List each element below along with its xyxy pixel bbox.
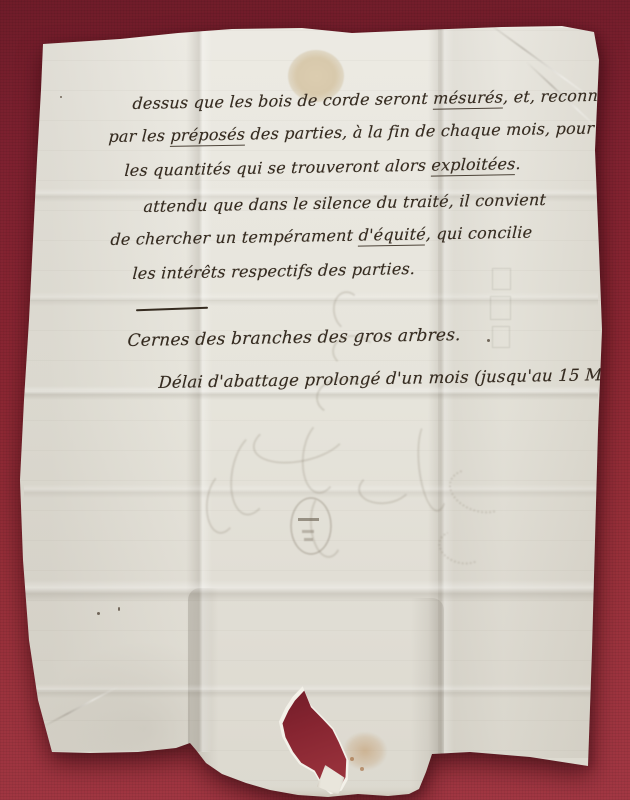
handwriting-line: les quantités qui se trouveront alors ex… [124,154,521,180]
corner-wrinkle [41,685,120,728]
line-text: attendu que dans le silence du traité, i… [143,190,547,216]
bottom-curl-shadow-right [398,598,444,790]
rust-speck [350,757,354,761]
bleedthrough-stamp-oval [290,497,332,555]
rust-speck [360,767,364,771]
letter-paper: dessus que les bois de corde seront mésu… [0,0,630,800]
line-text: de chercher un tempérament [110,226,359,249]
line-text: Délai d'abattage prolongé d'un mois (jus… [158,365,625,392]
left-panel-shading [20,40,192,752]
line-text: des parties, à la fin de chaque mois, po… [245,118,595,143]
horizontal-fold-crease [24,684,598,698]
bleedthrough-stroke [443,461,516,522]
handwriting-line: les intérêts respectifs des parties. [132,259,416,283]
bleedthrough-stroke [224,429,282,519]
line-text: . [515,154,521,173]
underlined-word: préposés [170,125,246,147]
paper-speck [118,607,120,611]
line-text: dessus que les bois de corde seront [132,89,434,113]
bleedthrough-stroke [298,418,346,496]
handwriting-line: attendu que dans le silence du traité, i… [143,190,547,216]
bleedthrough-stroke [435,525,490,570]
paper-speck [97,612,100,615]
horizontal-fold-crease [24,580,598,602]
line-text: , et, reconnus [503,86,618,107]
watermark-mark [490,296,511,320]
handwriting-line: de chercher un tempérament d'équité, qui… [110,223,533,249]
bleedthrough-stamp-mark [304,538,313,541]
bottom-left-corner-shading [40,640,190,750]
bleedthrough-stroke [413,419,452,514]
bottom-curl-shadow-left [188,588,230,794]
underlined-word: exploitées [431,154,516,176]
underlined-word: mésurés [433,88,504,110]
line-text: les quantités qui se trouveront alors [124,156,432,180]
handwriting-line: Cernes des branches des gros arbres. [127,325,461,351]
line-text: , qui concilie [425,223,532,244]
handwriting-line: par les préposés des parties, à la fin d… [108,118,595,146]
line-text: par les [108,126,171,146]
handwriting-line: dessus que les bois de corde seront mésu… [132,86,618,113]
line-text: les intérêts respectifs des parties. [132,259,416,283]
underlined-word: d'équité [358,224,426,246]
paper-speck [60,96,62,98]
watermark-mark [492,326,510,348]
handwriting-line: Délai d'abattage prolongé d'un mois (jus… [158,365,625,392]
bleedthrough-stroke [248,407,351,472]
photo-of-handwritten-letter: dessus que les bois de corde seront mésu… [0,0,630,800]
ink-separator-stroke [136,307,208,312]
bleedthrough-stroke [356,466,414,507]
bleedthrough-stroke [203,470,243,535]
horizontal-fold-crease [24,292,598,306]
line-text: Cernes des branches des gros arbres. [127,325,461,351]
horizontal-fold-crease [24,484,598,498]
bleedthrough-stroke [308,491,347,559]
paper-speck [487,339,490,342]
bleedthrough-stamp-bar [298,518,319,521]
watermark-mark [492,268,511,290]
bleedthrough-stamp-mark [302,530,314,533]
paper-shadow: dessus que les bois de corde seront mésu… [0,0,630,800]
